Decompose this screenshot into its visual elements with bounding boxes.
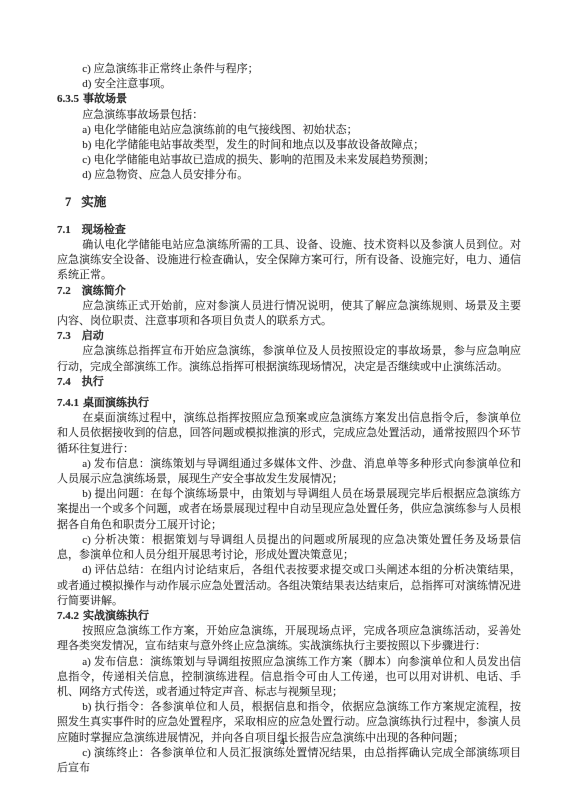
paragraph: 应急演练正式开始前，应对参演人员进行情况说明，使其了解应急演练规则、场景及主要内… bbox=[57, 299, 521, 329]
list-item: c) 应急演练非正常终止条件与程序； bbox=[57, 62, 521, 77]
section-number: 7.3 bbox=[57, 330, 71, 342]
document-page: c) 应急演练非正常终止条件与程序； d) 安全注意事项。 6.3.5事故场景 … bbox=[0, 0, 565, 800]
list-item: b) 提出问题：在每个演练场景中，由策划与导调组人员在场景展现完毕后根据应急演练… bbox=[57, 487, 521, 533]
list-item: d) 评估总结：在组内讨论结束后，各组代表按要求提交或口头阐述本组的分析决策结果… bbox=[57, 563, 521, 609]
list-item: b) 电化学储能电站事故类型，发生的时间和地点以及事故设备故障点； bbox=[57, 138, 521, 153]
paragraph: 应急演练事故场景包括： bbox=[57, 108, 521, 123]
chapter-heading-7: 7实施 bbox=[65, 195, 521, 210]
list-item: a) 发布信息：演练策划与导调组按照应急演练工作方案（脚本）向参演单位和人员发出… bbox=[57, 655, 521, 701]
document-content: c) 应急演练非正常终止条件与程序； d) 安全注意事项。 6.3.5事故场景 … bbox=[57, 62, 521, 776]
section-number: 7.4.1 bbox=[57, 397, 79, 409]
chapter-number: 7 bbox=[65, 195, 71, 209]
section-heading-7-3: 7.3启动 bbox=[57, 329, 521, 344]
section-number: 7.2 bbox=[57, 285, 71, 297]
section-number: 6.3.5 bbox=[57, 93, 79, 105]
section-title: 实战演练执行 bbox=[83, 610, 149, 622]
section-number: 7.1 bbox=[57, 224, 71, 236]
section-heading-7-4-1: 7.4.1桌面演练执行 bbox=[57, 396, 521, 411]
page-number: 4 bbox=[0, 737, 565, 748]
list-item: c) 分析决策：根据策划与导调组人员提出的问题或所展现的应急决策处置任务及场景信… bbox=[57, 533, 521, 563]
section-heading-7-2: 7.2演练简介 bbox=[57, 284, 521, 299]
list-item: c) 电化学储能电站事故已造成的损失、影响的范围及未来发展趋势预测； bbox=[57, 153, 521, 168]
list-item: a) 电化学储能电站应急演练前的电气接线图、初始状态； bbox=[57, 123, 521, 138]
section-title: 演练简介 bbox=[82, 285, 126, 297]
section-number: 7.4.2 bbox=[57, 610, 79, 622]
paragraph: 应急演练总指挥宣布开始应急演练，参演单位及人员按照设定的事故场景，参与应急响应行… bbox=[57, 344, 521, 374]
list-item: c) 演练终止：各参演单位和人员汇报演练处置情况结果，由总指挥确认完成全部演练项… bbox=[57, 746, 521, 776]
list-item: a) 发布信息：演练策划与导调组通过多媒体文件、沙盘、消息单等多种形式向参演单位… bbox=[57, 457, 521, 487]
section-title: 启动 bbox=[82, 330, 104, 342]
chapter-title: 实施 bbox=[81, 195, 106, 209]
section-title: 现场检查 bbox=[82, 224, 126, 236]
paragraph: 在桌面演练过程中，演练总指挥按照应急预案或应急演练方案发出信息指令后，参演单位和… bbox=[57, 411, 521, 457]
section-number: 7.4 bbox=[57, 376, 71, 388]
section-heading-7-4: 7.4执行 bbox=[57, 375, 521, 390]
section-heading-7-1: 7.1现场检查 bbox=[57, 223, 521, 238]
list-item: d) 安全注意事项。 bbox=[57, 77, 521, 92]
section-heading-6-3-5: 6.3.5事故场景 bbox=[57, 92, 521, 107]
section-title: 执行 bbox=[82, 376, 104, 388]
paragraph: 按照应急演练工作方案，开始应急演练，开展现场点评，完成各项应急演练活动，妥善处理… bbox=[57, 624, 521, 654]
list-item: d) 应急物资、应急人员安排分布。 bbox=[57, 168, 521, 183]
section-title: 桌面演练执行 bbox=[83, 397, 149, 409]
paragraph: 确认电化学储能电站应急演练所需的工具、设备、设施、技术资料以及参演人员到位。对应… bbox=[57, 238, 521, 284]
section-title: 事故场景 bbox=[83, 93, 127, 105]
section-heading-7-4-2: 7.4.2实战演练执行 bbox=[57, 609, 521, 624]
